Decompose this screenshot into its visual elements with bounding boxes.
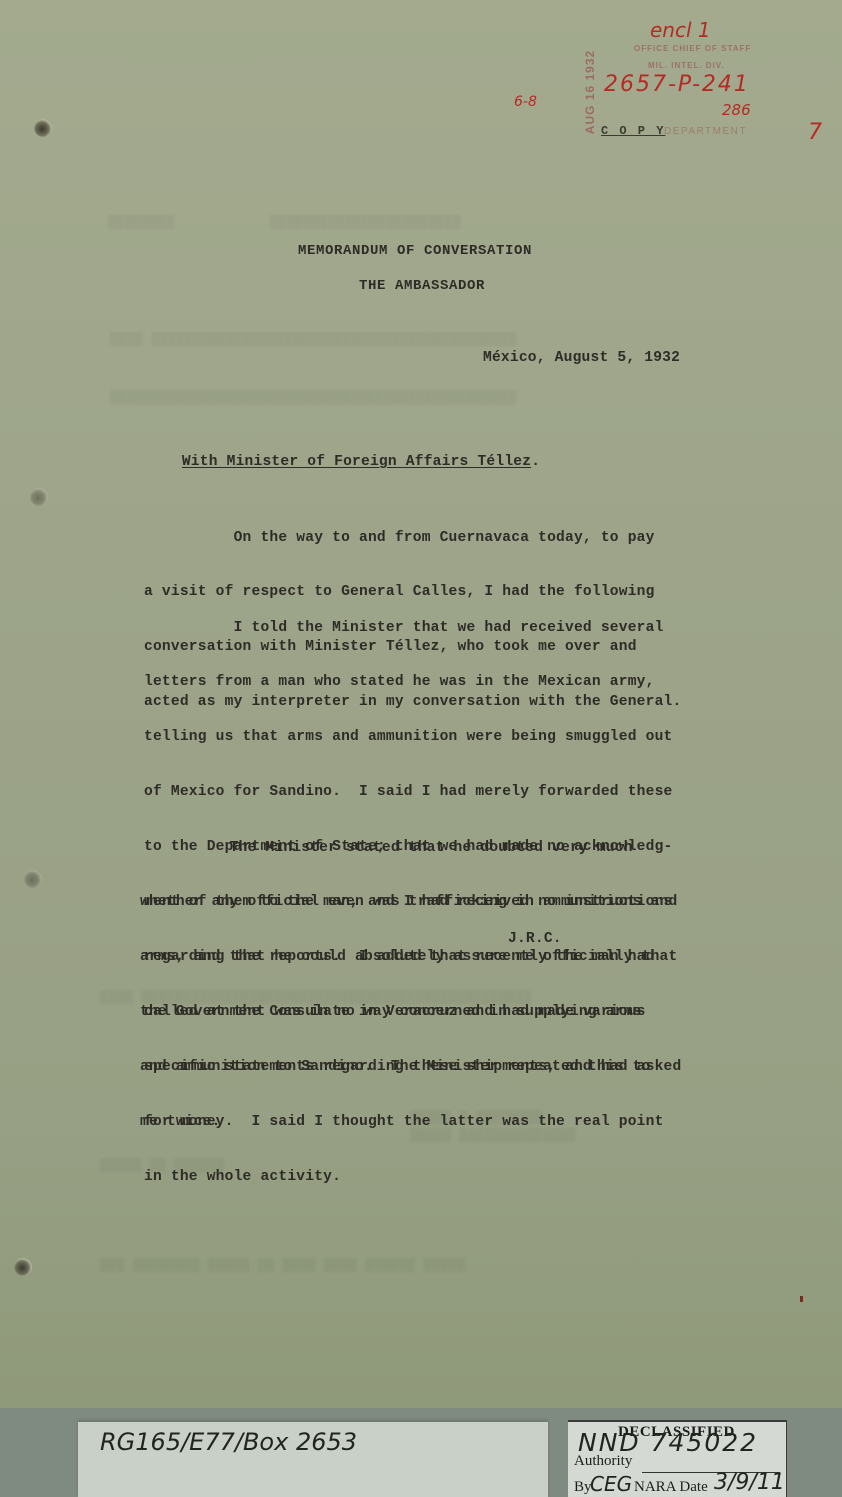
place-and-date: México, August 5, 1932 <box>483 350 680 366</box>
paragraph-line: of Mexico for Sandino. I said I had mere… <box>144 783 681 801</box>
bleed-through-text: ▒▒▒ ▒▒▒▒▒▒▒▒ ▒▒▒▒▒ ▒▒ ▒▒▒▒ ▒▒▒▒ ▒▒▒▒▒▒ ▒… <box>100 1258 465 1273</box>
paragraph-line: and ammunition to Sandino. The Minister … <box>140 1058 677 1076</box>
ink-speck <box>800 1296 803 1302</box>
paragraph-line: me twice. <box>140 1113 677 1131</box>
paragraph-line: arms, and that he could absolutely assur… <box>140 948 677 966</box>
department-stamp: DEPARTMENT <box>664 126 747 137</box>
by-value: CEG <box>590 1472 632 1496</box>
handwritten-file-number: 2657-P-241 <box>604 72 750 97</box>
punch-hole <box>30 488 48 506</box>
document-page: ▒▒▒▒▒▒▒▒ ▒▒▒▒▒▒▒▒▒▒▒▒▒▒▒▒▒▒▒▒▒▒▒ ▒▒▒▒ ▒▒… <box>0 0 842 1408</box>
authority-value: NND 745022 <box>578 1428 758 1457</box>
nara-date-label: NARA Date <box>634 1479 708 1496</box>
paragraph-line: the Government was in no way concerned i… <box>140 1003 677 1021</box>
declassified-date: 3/9/11 <box>714 1470 785 1495</box>
handwritten-page-mark: 7 <box>808 120 822 145</box>
bleed-through-text: ▒▒▒▒▒▒▒▒▒▒▒▒▒▒▒▒▒▒▒▒▒▒▒▒▒▒▒▒▒▒▒▒▒▒▒▒▒▒▒▒… <box>110 390 517 405</box>
punch-hole <box>24 870 42 888</box>
paragraph-line: whether any official even was traffickin… <box>140 893 677 911</box>
punch-hole <box>14 1258 32 1276</box>
office-chief-of-staff-stamp: OFFICE CHIEF OF STAFF <box>634 44 751 53</box>
document-subtitle: THE AMBASSADOR <box>359 278 485 294</box>
mil-intel-div-stamp: MIL. INTEL. DIV. <box>648 61 725 70</box>
paragraph-line: I told the Minister that we had received… <box>144 619 681 637</box>
subject-text: With Minister of Foreign Affairs Téllez <box>182 454 531 470</box>
paragraph-line: in the whole activity. <box>144 1168 681 1186</box>
copy-stamp: C O P Y <box>601 124 665 138</box>
bleed-through-text: ▒▒▒▒▒▒▒▒▒▒▒▒▒▒▒▒▒▒▒▒▒▒▒ <box>270 215 461 230</box>
document-title: MEMORANDUM OF CONVERSATION <box>298 243 532 259</box>
bleed-through-text: ▒▒▒▒ ▒▒▒▒▒▒▒▒▒▒▒▒▒▒▒▒▒▒▒▒▒▒▒▒▒▒▒▒▒▒▒▒▒▒▒… <box>110 332 517 347</box>
subject-line: With Minister of Foreign Affairs Téllez. <box>146 438 540 486</box>
handwritten-encl-note: encl 1 <box>650 18 711 42</box>
handwritten-sub-number: 286 <box>722 101 751 119</box>
by-label: By <box>574 1479 592 1496</box>
paragraph-line: telling us that arms and ammunition were… <box>144 728 681 746</box>
archive-box-reference: RG165/E77/Box 2653 <box>100 1428 357 1456</box>
handwritten-margin-note: 6-8 <box>514 94 537 110</box>
signature-initials: J.R.C. <box>508 931 562 947</box>
punch-hole <box>34 119 52 137</box>
paragraph-3: The Minister stated that he doubted very… <box>140 802 677 1168</box>
subject-period: . <box>531 454 540 470</box>
bleed-through-text: ▒▒▒▒▒▒▒▒ <box>108 215 174 230</box>
received-date-stamp: AUG 16 1932 <box>583 50 597 134</box>
paragraph-line: On the way to and from Cuernavaca today,… <box>144 529 681 547</box>
paragraph-line: The Minister stated that he doubted very… <box>140 839 677 857</box>
paragraph-line: letters from a man who stated he was in … <box>144 673 681 691</box>
declassified-stamp: DECLASSIFIED Authority NND 745022 By CEG… <box>568 1420 787 1497</box>
